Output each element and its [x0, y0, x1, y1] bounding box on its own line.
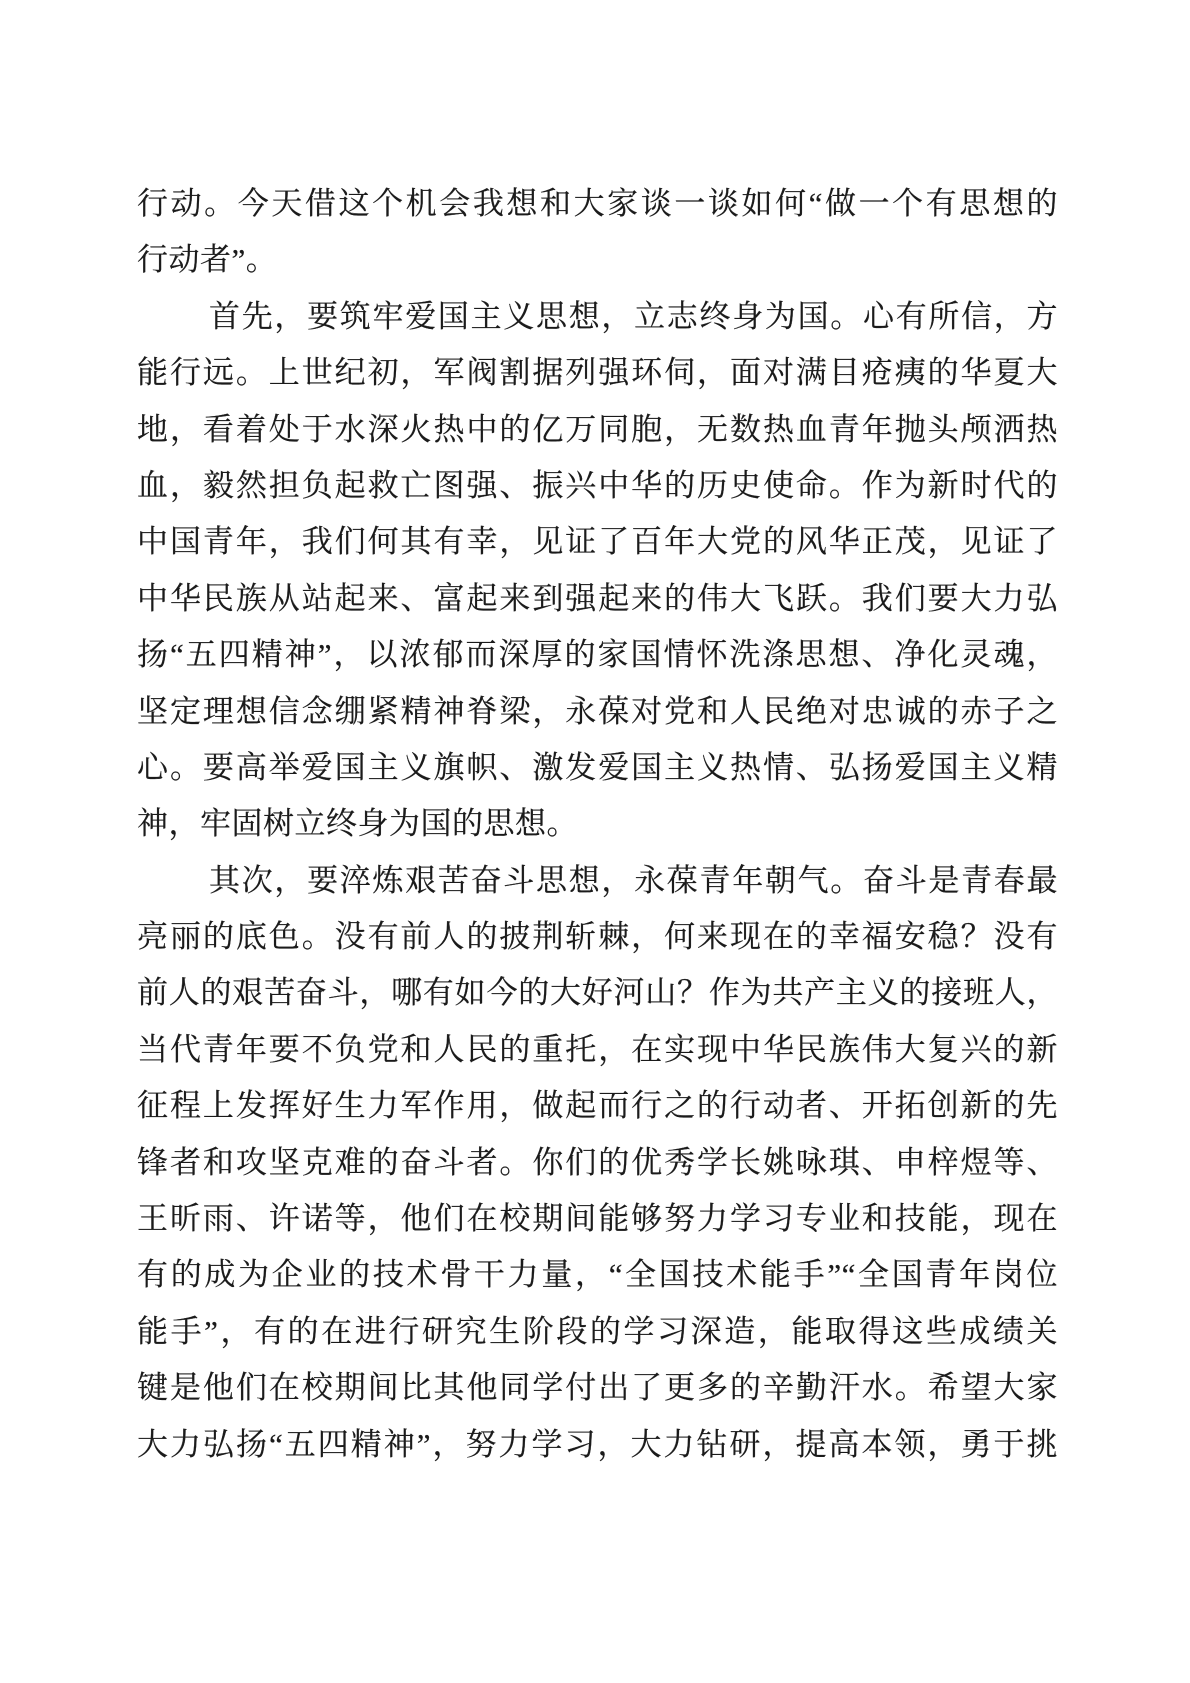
document-line: 行动。今天借这个机会我想和大家谈一谈如何“做一个有思想的 [137, 176, 1058, 232]
document-line: 王昕雨、许诺等，他们在校期间能够努力学习专业和技能，现在 [137, 1191, 1058, 1247]
document-line: 锋者和攻坚克难的奋斗者。你们的优秀学长姚咏琪、申梓煜等、 [137, 1135, 1058, 1191]
document-line: 键是他们在校期间比其他同学付出了更多的辛勤汗水。希望大家 [137, 1360, 1058, 1416]
document-line: 血，毅然担负起救亡图强、振兴中华的历史使命。作为新时代的 [137, 458, 1058, 514]
document-line: 前人的艰苦奋斗，哪有如今的大好河山？作为共产主义的接班人， [137, 965, 1058, 1021]
document-line: 其次，要淬炼艰苦奋斗思想，永葆青年朝气。奋斗是青春最 [137, 853, 1058, 909]
document-line: 当代青年要不负党和人民的重托，在实现中华民族伟大复兴的新 [137, 1022, 1058, 1078]
document-line: 亮丽的底色。没有前人的披荆斩棘，何来现在的幸福安稳？没有 [137, 909, 1058, 965]
document-line: 心。要高举爱国主义旗帜、激发爱国主义热情、弘扬爱国主义精 [137, 740, 1058, 796]
document-line: 中国青年，我们何其有幸，见证了百年大党的风华正茂，见证了 [137, 514, 1058, 570]
document-line: 地，看着处于水深火热中的亿万同胞，无数热血青年抛头颅洒热 [137, 402, 1058, 458]
document-line: 神，牢固树立终身为国的思想。 [137, 796, 1058, 852]
document-line: 扬“五四精神”，以浓郁而深厚的家国情怀洗涤思想、净化灵魂， [137, 627, 1058, 683]
paragraph: 其次，要淬炼艰苦奋斗思想，永葆青年朝气。奋斗是青春最亮丽的底色。没有前人的披荆斩… [137, 853, 1058, 1473]
paragraph: 首先，要筑牢爱国主义思想，立志终身为国。心有所信，方能行远。上世纪初，军阀割据列… [137, 289, 1058, 853]
document-line: 行动者”。 [137, 232, 1058, 288]
document-line: 坚定理想信念绷紧精神脊梁，永葆对党和人民绝对忠诚的赤子之 [137, 684, 1058, 740]
document-line: 大力弘扬“五四精神”，努力学习，大力钻研，提高本领，勇于挑 [137, 1417, 1058, 1473]
document-line: 能手”，有的在进行研究生阶段的学习深造，能取得这些成绩关 [137, 1304, 1058, 1360]
document-line: 能行远。上世纪初，军阀割据列强环伺，面对满目疮痍的华夏大 [137, 345, 1058, 401]
document-line: 首先，要筑牢爱国主义思想，立志终身为国。心有所信，方 [137, 289, 1058, 345]
document-line: 有的成为企业的技术骨干力量，“全国技术能手”“全国青年岗位 [137, 1247, 1058, 1303]
document-line: 中华民族从站起来、富起来到强起来的伟大飞跃。我们要大力弘 [137, 571, 1058, 627]
paragraph: 行动。今天借这个机会我想和大家谈一谈如何“做一个有思想的行动者”。 [137, 176, 1058, 289]
document-body: 行动。今天借这个机会我想和大家谈一谈如何“做一个有思想的行动者”。首先，要筑牢爱… [137, 176, 1058, 1473]
document-line: 征程上发挥好生力军作用，做起而行之的行动者、开拓创新的先 [137, 1078, 1058, 1134]
document-page: 行动。今天借这个机会我想和大家谈一谈如何“做一个有思想的行动者”。首先，要筑牢爱… [0, 0, 1190, 1683]
